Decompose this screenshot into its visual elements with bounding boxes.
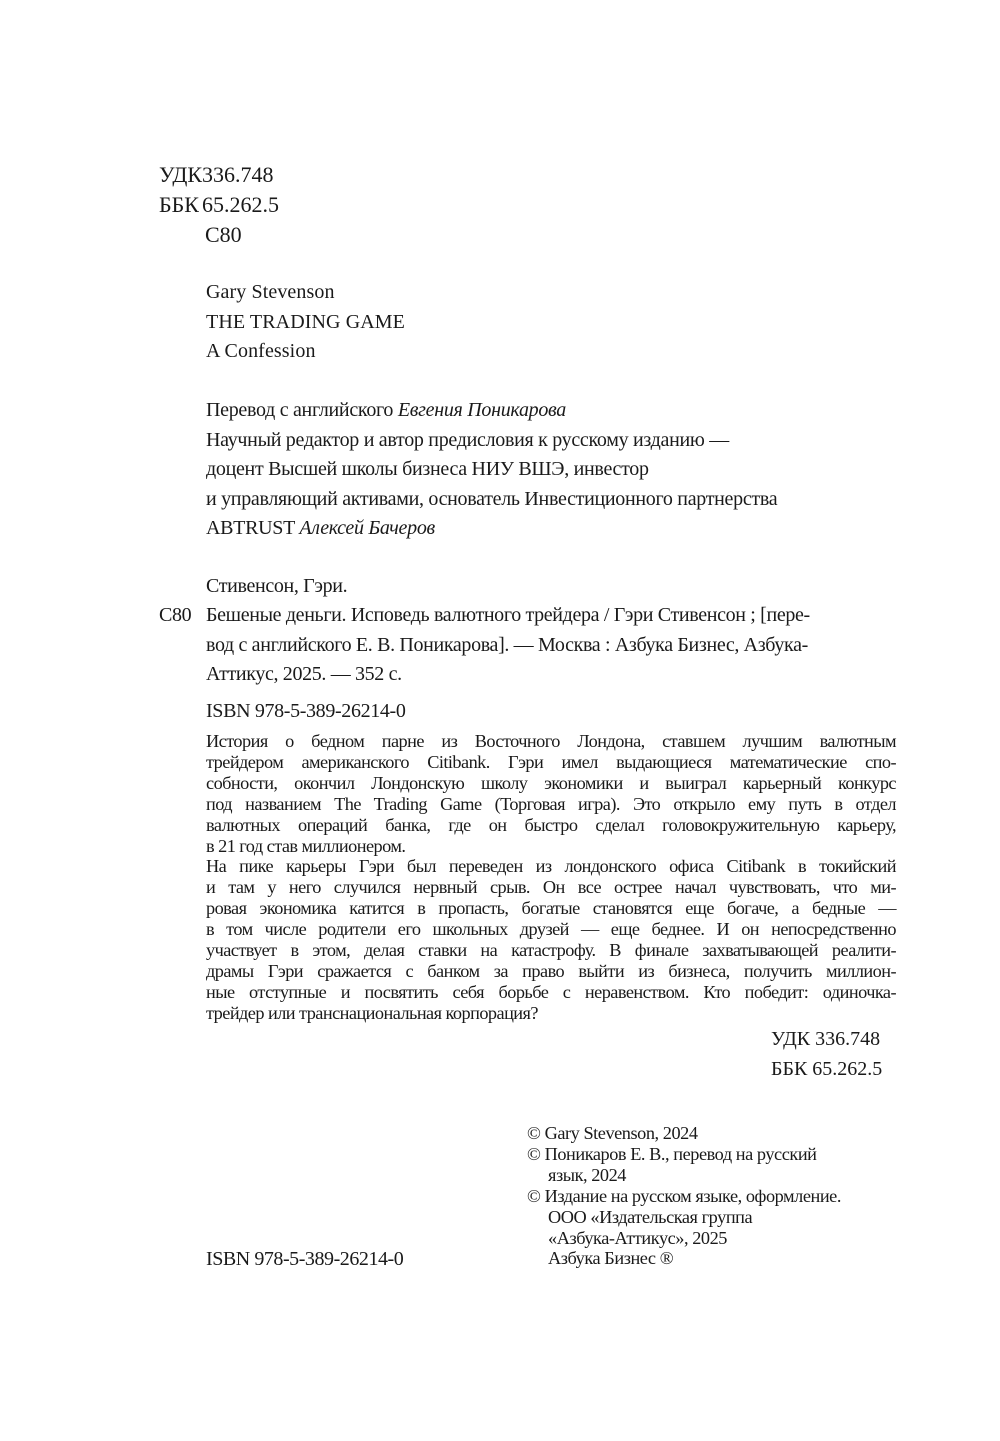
copyright-block: © Gary Stevenson, 2024 © Поникаров Е. В.… — [527, 1123, 841, 1269]
copyright-icon: © — [527, 1186, 540, 1206]
translation-credit: Перевод с английского Евгения Поникарова — [206, 396, 777, 426]
bbk-value: 65.262.5 — [202, 192, 279, 217]
copyright-text: Поникаров Е. В., перевод на русский — [545, 1144, 817, 1164]
annotation-line: в том числе родители его школьных друзей… — [206, 919, 896, 940]
footer-isbn: ISBN 978-5-389-26214-0 — [206, 1249, 403, 1270]
translator-name: Евгения Поникарова — [398, 399, 566, 421]
bibliographic-line-3: Аттикус, 2025. — 352 с. — [206, 660, 810, 690]
editor-name: Алексей Бачеров — [299, 517, 435, 539]
bibliographic-isbn: ISBN 978-5-389-26214-0 — [206, 697, 406, 727]
annotation-line: драмы Гэри сражается с банком за право в… — [206, 961, 896, 982]
annotation-line: трейдером американского Citibank. Гэри и… — [206, 752, 896, 773]
original-edition-info: Gary Stevenson THE TRADING GAME A Confes… — [206, 278, 405, 367]
copyright-entry: © Издание на русском языке, оформление. — [527, 1186, 841, 1207]
editor-line-3: и управляющий активами, основатель Инвес… — [206, 485, 777, 515]
bibliographic-record: Бешеные деньги. Исповедь валютного трейд… — [206, 601, 810, 690]
copyright-text: «Азбука-Аттикус», 2025 — [527, 1228, 841, 1249]
copyright-text: Азбука Бизнес ® — [527, 1248, 841, 1269]
annotation-line: под названием The Trading Game (Торговая… — [206, 794, 896, 815]
bbk-row: ББК65.262.5 — [159, 190, 279, 220]
bibliographic-mark: С80 — [159, 601, 191, 631]
annotation-line: в 21 год став миллионером. — [206, 836, 896, 857]
copyright-text: Gary Stevenson, 2024 — [545, 1123, 698, 1143]
annotation-line: трейдер или транснациональная корпорация… — [206, 1003, 896, 1024]
credits-block: Перевод с английского Евгения Поникарова… — [206, 396, 777, 544]
translation-prefix: Перевод с английского — [206, 399, 398, 421]
annotation-line: собности, окончил Лондонскую школу эконо… — [206, 773, 896, 794]
annotation-line: История о бедном парне из Восточного Лон… — [206, 731, 896, 752]
editor-credit: ABTRUST Алексей Бачеров — [206, 514, 777, 544]
author-mark-text: С80 — [205, 222, 242, 247]
udk-value: 336.748 — [202, 162, 274, 187]
annotation-line: и там у него случился нервный срыв. Он в… — [206, 877, 896, 898]
bibliographic-line-1: Бешеные деньги. Исповедь валютного трейд… — [206, 601, 810, 631]
annotation: История о бедном парне из Восточного Лон… — [206, 731, 896, 1024]
annotation-bbk: ББК 65.262.5 — [771, 1055, 882, 1085]
bibliographic-line-2: вод с английского Е. В. Поникарова]. — М… — [206, 631, 810, 661]
annotation-line: ровая экономика катится в пропасть, бога… — [206, 898, 896, 919]
udk-label: УДК — [159, 160, 202, 190]
original-title: THE TRADING GAME — [206, 308, 405, 338]
original-author: Gary Stevenson — [206, 278, 405, 308]
copyright-icon: © — [527, 1144, 540, 1164]
author-mark: С80 — [159, 220, 279, 250]
annotation-line: На пике карьеры Гэри был переведен из ло… — [206, 856, 896, 877]
annotation-codes: УДК 336.748 ББК 65.262.5 — [771, 1025, 882, 1084]
annotation-line: валютных операций банка, где он быстро с… — [206, 815, 896, 836]
bibliographic-heading: Стивенсон, Гэри. — [206, 572, 347, 602]
copyright-entry: © Gary Stevenson, 2024 — [527, 1123, 841, 1144]
annotation-udk: УДК 336.748 — [771, 1025, 882, 1055]
copyright-icon: © — [527, 1123, 540, 1143]
udk-row: УДК336.748 — [159, 160, 279, 190]
editor-line-1: Научный редактор и автор предисловия к р… — [206, 426, 777, 456]
editor-org: ABTRUST — [206, 517, 299, 539]
copyright-text: ООО «Издательская группа — [527, 1207, 841, 1228]
original-subtitle: A Confession — [206, 337, 405, 367]
annotation-line: участвует в этом, делая ставки на катаст… — [206, 940, 896, 961]
classification-block: УДК336.748 ББК65.262.5 С80 — [159, 160, 279, 250]
copyright-text: язык, 2024 — [527, 1165, 841, 1186]
bbk-label: ББК — [159, 190, 199, 220]
annotation-line: ные отступные и посвятить себя борьбе с … — [206, 982, 896, 1003]
editor-line-2: доцент Высшей школы бизнеса НИУ ВШЭ, инв… — [206, 455, 777, 485]
copyright-text: Издание на русском языке, оформление. — [545, 1186, 841, 1206]
copyright-entry: © Поникаров Е. В., перевод на русский — [527, 1144, 841, 1165]
